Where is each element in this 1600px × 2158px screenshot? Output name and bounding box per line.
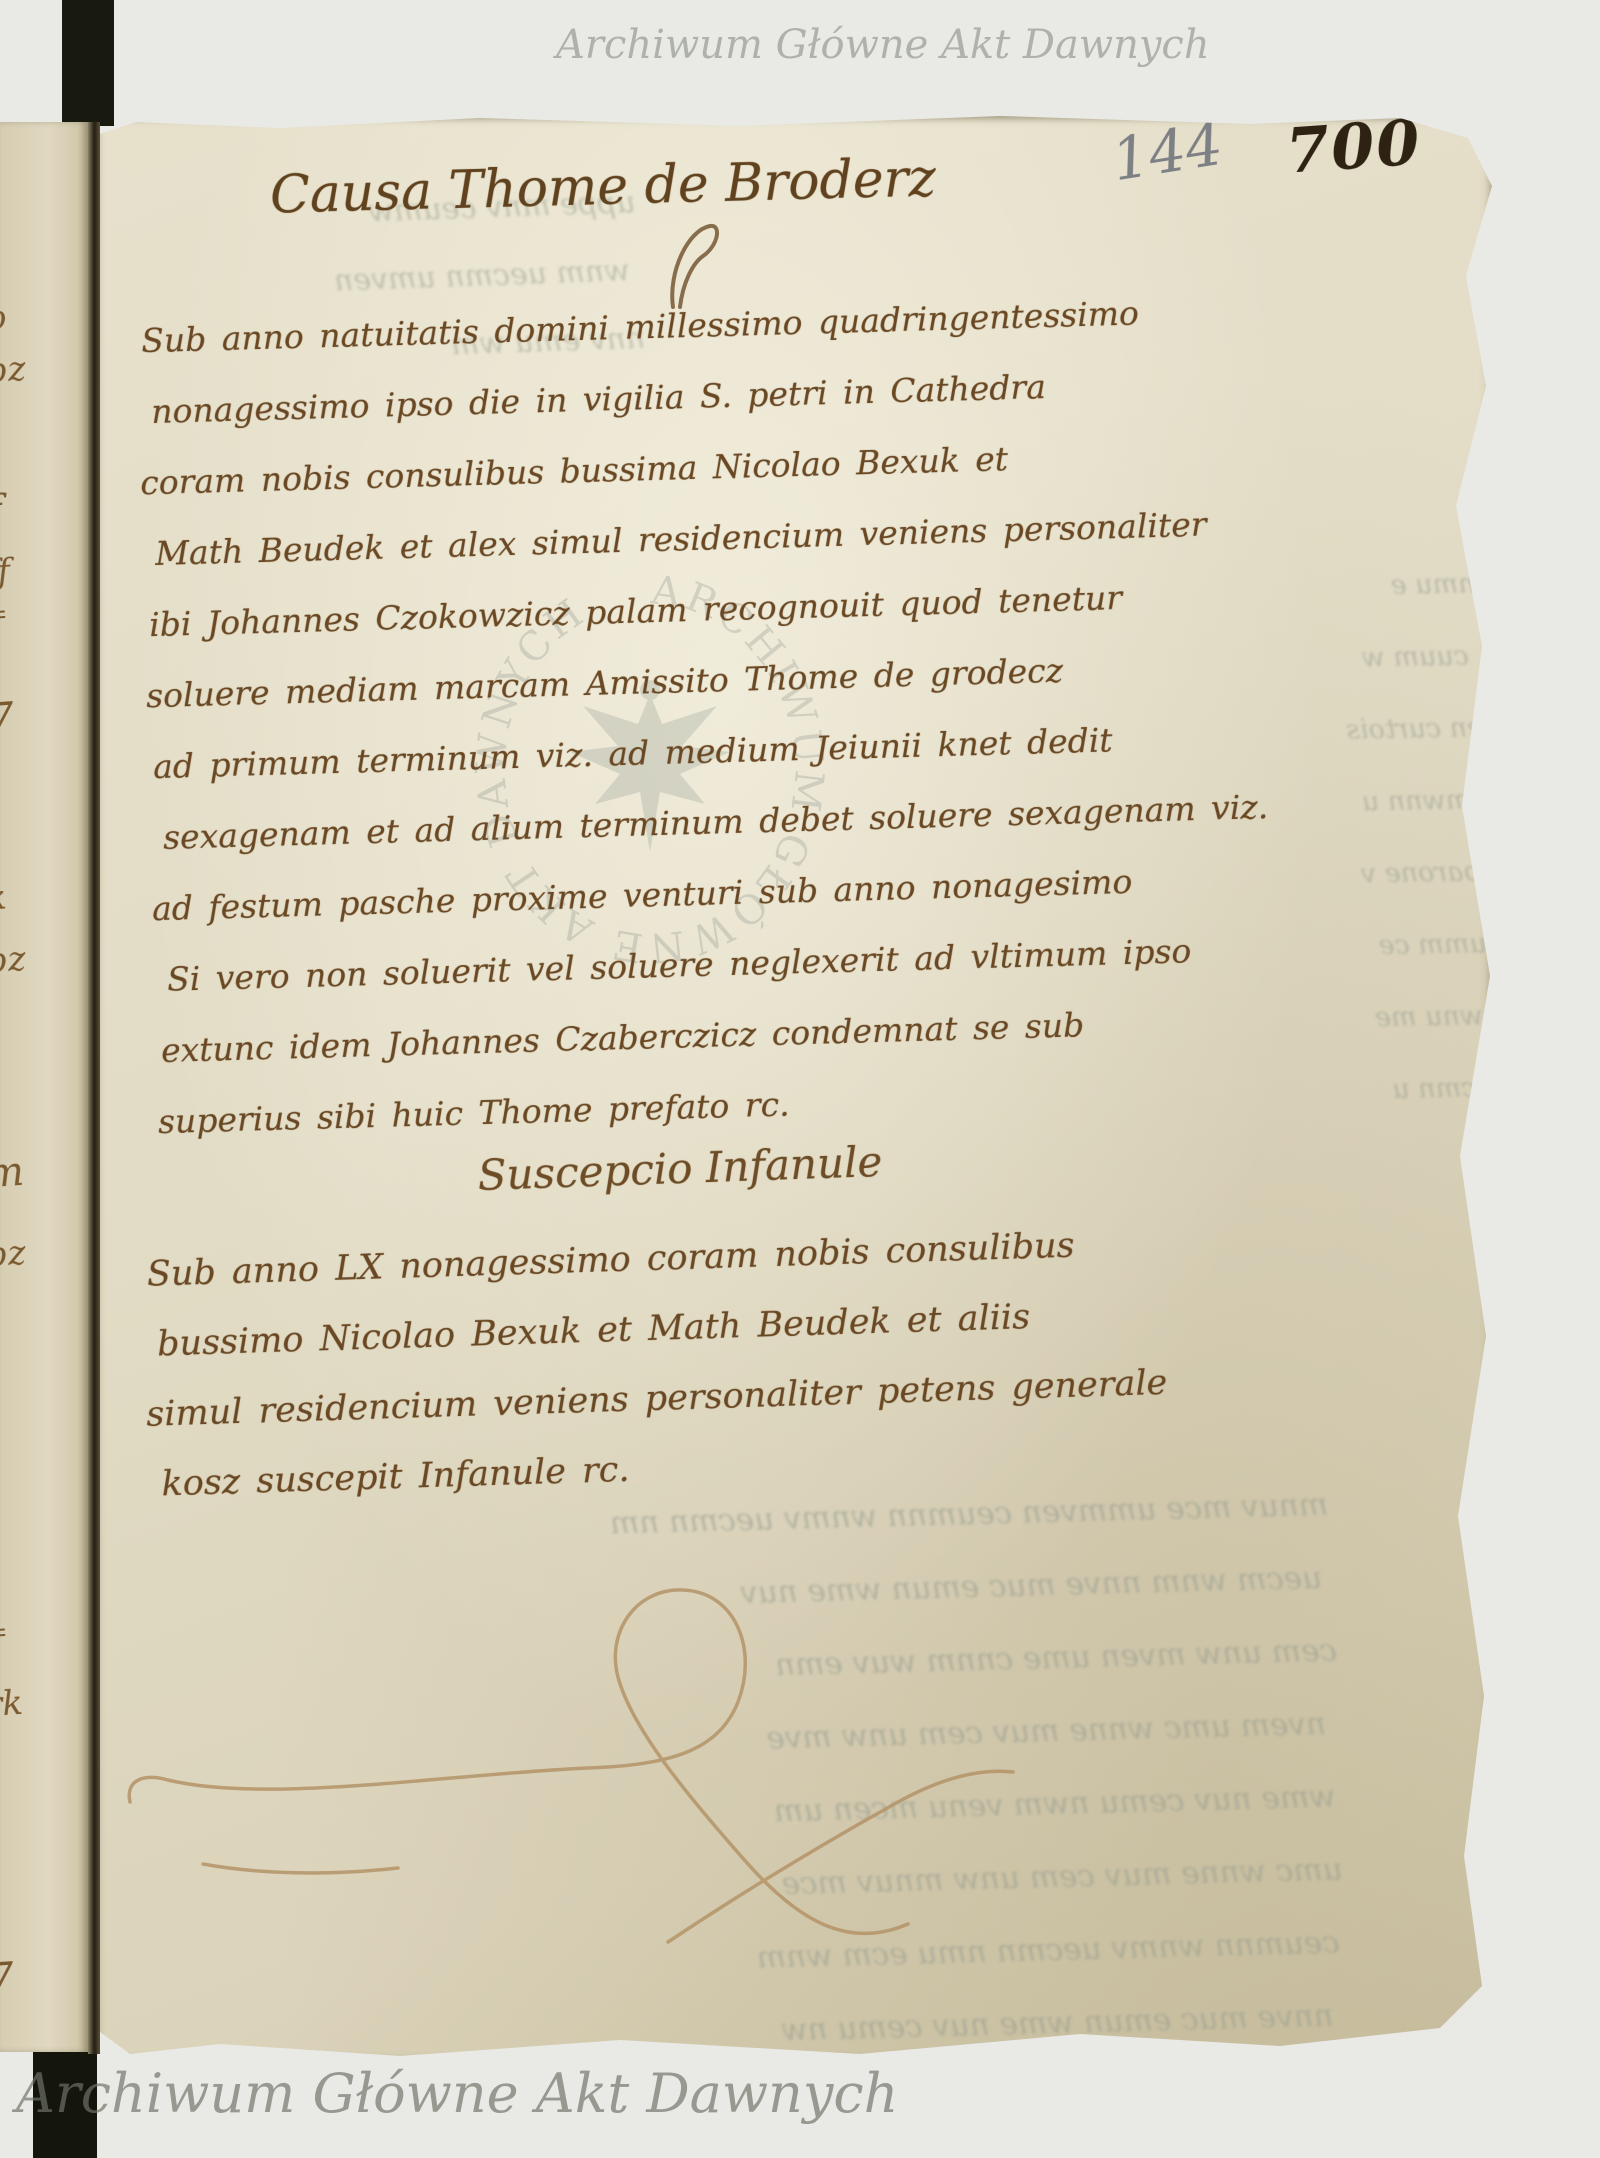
archive-watermark-bottom: Archiwum Główne Akt Dawnych	[16, 2062, 898, 2125]
binding-gutter	[88, 122, 100, 2054]
clipped-ink-fragment: bz	[0, 939, 27, 982]
clipped-ink-fragment: ff	[0, 551, 11, 593]
clipped-ink-fragment: rk	[0, 1683, 24, 1725]
folio-number-ink: 700	[1284, 105, 1424, 187]
record-paragraph-1: Sub anno natuitatis domini millessimo qu…	[140, 279, 1103, 1157]
clipped-ink-fragment: t	[0, 418, 1, 459]
bleedthrough-right: nmu ecuum wen curtoismwnn ubarone vumm c…	[1045, 548, 1485, 1131]
clipped-ink-fragment: bz	[0, 349, 27, 392]
clipped-ink-fragment: =	[0, 599, 9, 630]
clipped-ink-fragment: bz	[0, 1233, 27, 1276]
clipped-ink-fragment: o	[0, 297, 8, 338]
clipped-ink-fragment: 7	[0, 1953, 16, 2006]
clipped-ink-fragment: k	[0, 877, 8, 918]
bleedthrough-line: cmn u	[1046, 1052, 1477, 1131]
manuscript-page: uppe mnv ceumwwnm uecmn umvennnv emu wm …	[100, 116, 1492, 2058]
archive-watermark-top: Archiwum Główne Akt Dawnych	[556, 22, 1210, 68]
bleedthrough-line: cuum w	[1038, 620, 1469, 699]
clipped-ink-fragment: m	[0, 1149, 25, 1198]
scanned-document-background: { "archive_watermark": { "top_text": "Ar…	[0, 0, 1600, 2158]
folio-number-pencil: 144	[1107, 110, 1227, 194]
bleedthrough-line: wnu me	[1053, 980, 1484, 1059]
binding-tape-top	[62, 0, 114, 126]
bleedthrough-line: en curtois	[1053, 692, 1484, 771]
manuscript-heading: Causa Thome de Broderz	[269, 150, 870, 226]
clipped-ink-fragment: =	[0, 1617, 9, 1648]
clipped-ink-fragment: f	[0, 486, 3, 536]
pen-flourish	[108, 1472, 1028, 1992]
facing-page-sliver: obztfff=7kbzmbz=rk7	[0, 122, 88, 2052]
clipped-ink-fragment: 7	[0, 693, 16, 746]
